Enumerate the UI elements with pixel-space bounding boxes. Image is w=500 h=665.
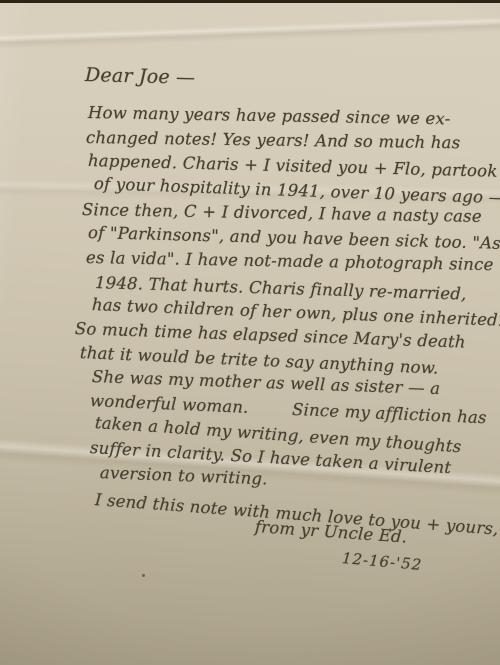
photo-backdrop: Dear Joe — How many years have passed si… — [0, 0, 500, 665]
letter-paper: Dear Joe — How many years have passed si… — [0, 3, 500, 665]
photo-vignette — [0, 3, 500, 665]
